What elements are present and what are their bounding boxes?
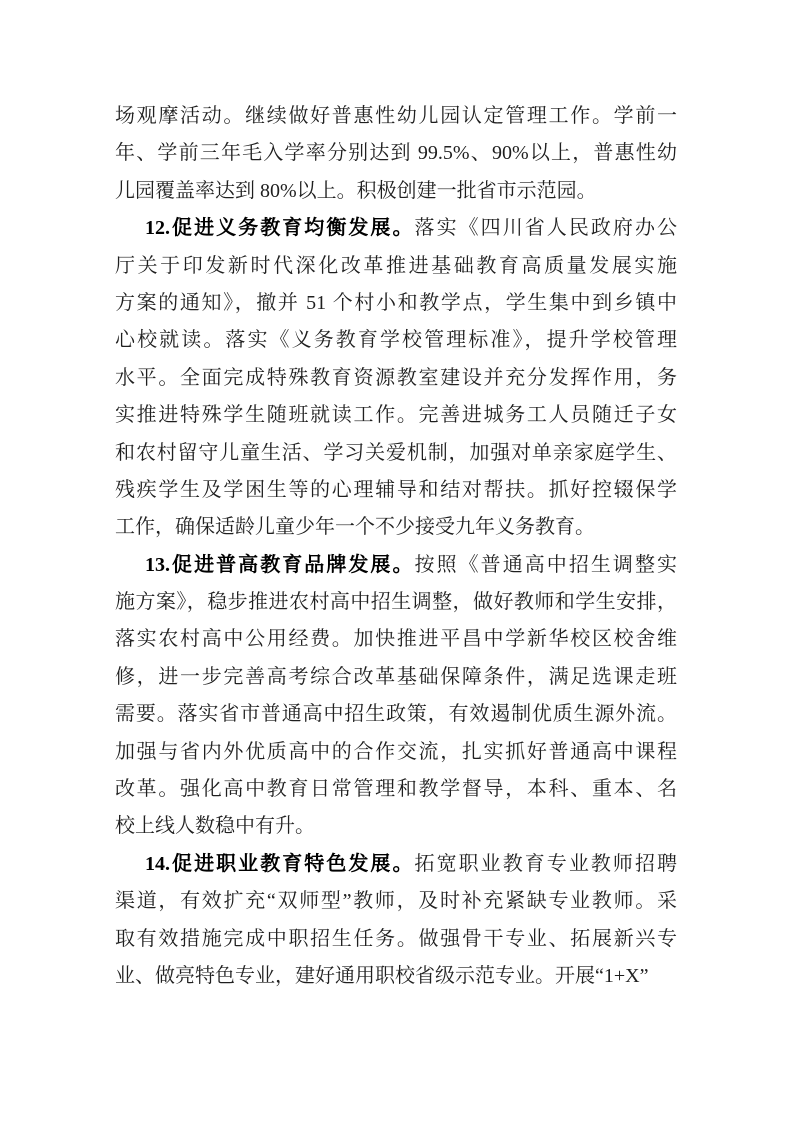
line-text: 落实农村高中公用经费。加快推进平昌中学新华校区校舍维 [115,628,677,650]
line-text: 施方案》，稳步推进农村高中招生调整，做好教师和学生安排， [115,591,677,613]
text-line: 校上线人数稳中有升。 [115,808,677,845]
document-text-block: 场观摩活动。继续做好普惠性幼儿园认定管理工作。学前一 年、学前三年毛入学率分别达… [115,98,677,995]
text-line: 心校就读。落实《义务教育学校管理标准》，提升学校管理 [115,322,677,359]
text-line: 方案的通知》，撤并 51 个村小和教学点，学生集中到乡镇中 [115,285,677,322]
line-text: 年、学前三年毛入学率分别达到 99.5%、90%以上，普惠性幼 [115,142,677,164]
line-text: 儿园覆盖率达到 80%以上。积极创建一批省市示范园。 [115,180,597,202]
text-line: 厅关于印发新时代深化改革推进基础教育高质量发展实施 [115,248,677,285]
line-text: 水平。全面完成特殊教育资源教室建设并充分发挥作用，务 [115,367,677,389]
line-text: 修，进一步完善高考综合改革基础保障条件，满足选课走班 [115,666,677,688]
line-text: 方案的通知》，撤并 51 个村小和教学点，学生集中到乡镇中 [115,292,677,314]
text-line: 施方案》，稳步推进农村高中招生调整，做好教师和学生安排， [115,584,677,621]
line-text: 业、做亮特色专业，建好通用职校省级示范专业。开展“1+X” [115,965,648,987]
line-text: 取有效措施完成中职招生任务。做强骨干专业、拓展新兴专 [115,928,677,950]
text-line: 修，进一步完善高考综合改革基础保障条件，满足选课走班 [115,659,677,696]
line-text: 工作，确保适龄儿童少年一个不少接受九年义务教育。 [115,516,595,538]
text-line: 儿园覆盖率达到 80%以上。积极创建一批省市示范园。 [115,173,677,210]
section-12-heading: 12.促进义务教育均衡发展。 [145,217,415,239]
line-text: 厅关于印发新时代深化改革推进基础教育高质量发展实施 [115,255,677,277]
text-line: 渠道，有效扩充“双师型”教师，及时补充紧缺专业教师。采 [115,883,677,920]
document-page: 场观摩活动。继续做好普惠性幼儿园认定管理工作。学前一 年、学前三年毛入学率分别达… [0,0,793,1122]
line-text: 实推进特殊学生随班就读工作。完善进城务工人员随迁子女 [115,404,677,426]
text-line: 残疾学生及学困生等的心理辅导和结对帮扶。抓好控辍保学 [115,472,677,509]
line-text: 渠道，有效扩充“双师型”教师，及时补充紧缺专业教师。采 [115,890,677,912]
text-line: 实推进特殊学生随班就读工作。完善进城务工人员随迁子女 [115,397,677,434]
text-line: 12.促进义务教育均衡发展。落实《四川省人民政府办公 [115,210,677,247]
line-text: 落实《四川省人民政府办公 [415,217,677,239]
text-line: 改革。强化高中教育日常管理和教学督导，本科、重本、名 [115,771,677,808]
text-line: 13.促进普高教育品牌发展。按照《普通高中招生调整实 [115,547,677,584]
section-14-heading: 14.促进职业教育特色发展。 [145,853,415,875]
text-line: 水平。全面完成特殊教育资源教室建设并充分发挥作用，务 [115,360,677,397]
line-text: 残疾学生及学困生等的心理辅导和结对帮扶。抓好控辍保学 [115,479,677,501]
line-text: 心校就读。落实《义务教育学校管理标准》，提升学校管理 [115,329,677,351]
text-line: 取有效措施完成中职招生任务。做强骨干专业、拓展新兴专 [115,921,677,958]
text-line: 工作，确保适龄儿童少年一个不少接受九年义务教育。 [115,509,677,546]
text-line: 场观摩活动。继续做好普惠性幼儿园认定管理工作。学前一 [115,98,677,135]
text-line: 需要。落实省市普通高中招生政策，有效遏制优质生源外流。 [115,696,677,733]
section-13-heading: 13.促进普高教育品牌发展。 [145,554,415,576]
line-text: 校上线人数稳中有升。 [115,815,315,837]
line-text: 加强与省内外优质高中的合作交流，扎实抓好普通高中课程 [115,741,677,763]
text-line: 和农村留守儿童生活、学习关爱机制，加强对单亲家庭学生、 [115,435,677,472]
text-line: 年、学前三年毛入学率分别达到 99.5%、90%以上，普惠性幼 [115,135,677,172]
line-text: 场观摩活动。继续做好普惠性幼儿园认定管理工作。学前一 [115,105,677,127]
line-text: 需要。落实省市普通高中招生政策，有效遏制优质生源外流。 [115,703,677,725]
text-line: 14.促进职业教育特色发展。拓宽职业教育专业教师招聘 [115,846,677,883]
text-line: 加强与省内外优质高中的合作交流，扎实抓好普通高中课程 [115,734,677,771]
line-text: 拓宽职业教育专业教师招聘 [415,853,677,875]
line-text: 改革。强化高中教育日常管理和教学督导，本科、重本、名 [115,778,677,800]
text-line: 落实农村高中公用经费。加快推进平昌中学新华校区校舍维 [115,621,677,658]
line-text: 按照《普通高中招生调整实 [415,554,677,576]
text-line: 业、做亮特色专业，建好通用职校省级示范专业。开展“1+X” [115,958,677,995]
line-text: 和农村留守儿童生活、学习关爱机制，加强对单亲家庭学生、 [115,442,677,464]
